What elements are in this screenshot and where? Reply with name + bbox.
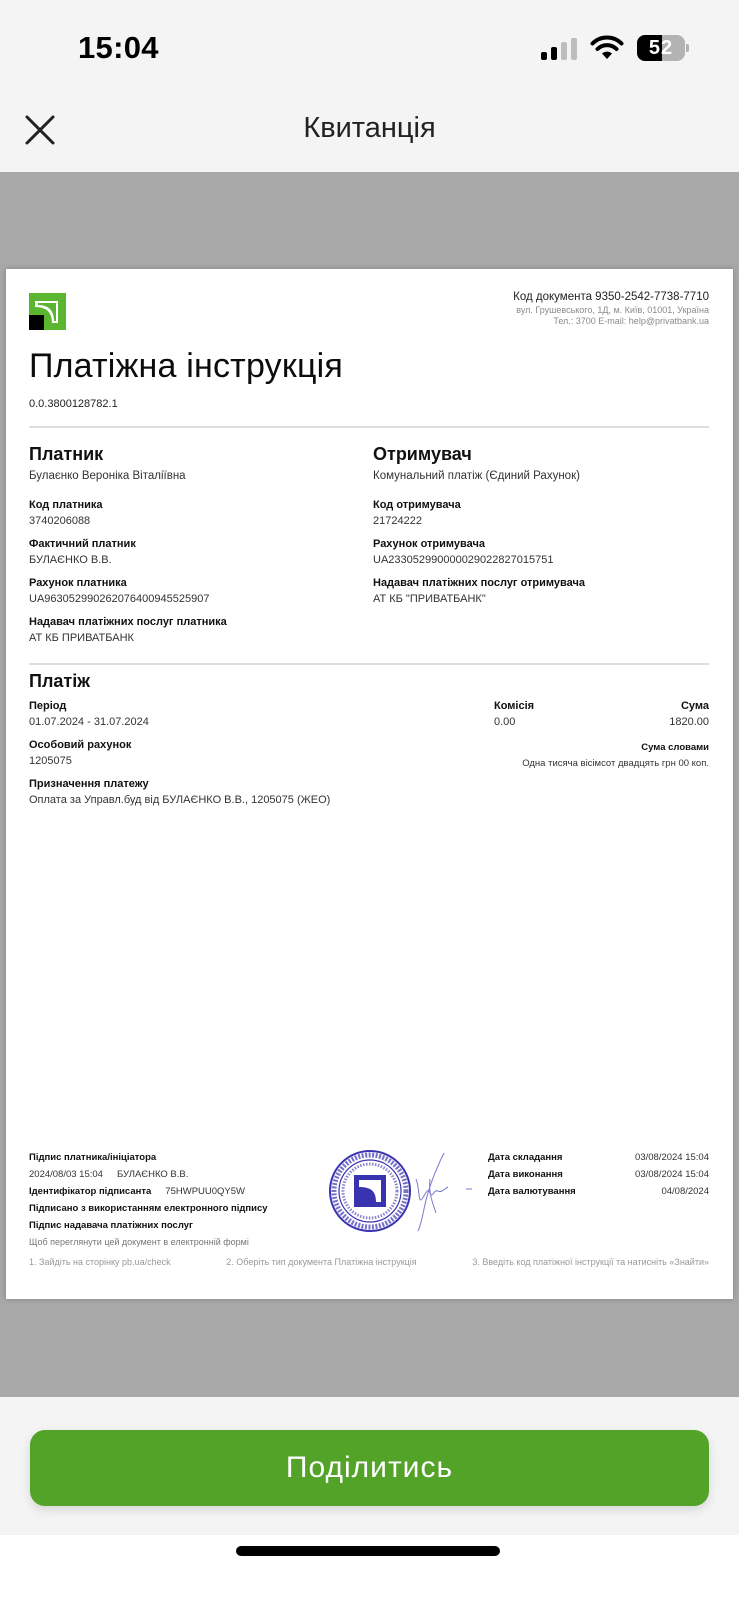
recipient-name: Комунальний платіж (Єдиний Рахунок) bbox=[373, 470, 703, 482]
payment-details: Період 01.07.2024 - 31.07.2024 Особовий … bbox=[29, 699, 449, 816]
recipient-field: Надавач платіжних послуг отримувача АТ К… bbox=[373, 576, 703, 607]
date-label: Дата складання bbox=[488, 1149, 562, 1166]
howto-step: 1. Зайдіть на сторінку pb.ua/check bbox=[29, 1257, 171, 1267]
field-value: UA963052990262076400945525907 bbox=[29, 591, 359, 607]
field-label: Фактичний платник bbox=[29, 537, 359, 552]
home-indicator[interactable] bbox=[236, 1546, 500, 1556]
payment-heading: Платіж bbox=[29, 671, 90, 692]
fee-field: Комісія 0.00 bbox=[494, 699, 534, 730]
personal-account-field: Особовий рахунок 1205075 bbox=[29, 738, 449, 769]
document-code: Код документа 9350-2542-7738-7710 bbox=[513, 291, 709, 303]
signature-name: БУЛАЄНКО В.В. bbox=[117, 1169, 188, 1180]
field-value: UA233052990000029022827015751 bbox=[373, 552, 703, 568]
field-label: Сума словами bbox=[522, 741, 709, 755]
bank-stamp-icon bbox=[328, 1149, 412, 1233]
signer-id-label: Ідентифікатор підписанта bbox=[29, 1186, 151, 1197]
payer-heading: Платник bbox=[29, 444, 359, 465]
signature-datetime: 2024/08/03 15:04 bbox=[29, 1169, 103, 1180]
payer-section: Платник Булаєнко Вероніка Віталіївна Код… bbox=[29, 444, 359, 654]
dates-block: Дата складання 03/08/2024 15:04 Дата вик… bbox=[488, 1149, 709, 1200]
cellular-signal-icon bbox=[541, 38, 577, 60]
handwritten-signature-icon bbox=[406, 1149, 476, 1233]
sum-field: Сума 1820.00 bbox=[669, 699, 709, 730]
signer-id-row: Ідентифікатор підписанта75HWPUU0QY5W bbox=[29, 1183, 329, 1200]
recipient-section: Отримувач Комунальний платіж (Єдиний Рах… bbox=[373, 444, 703, 615]
field-label: Період bbox=[29, 699, 449, 714]
field-label: Сума bbox=[669, 699, 709, 714]
date-label: Дата виконання bbox=[488, 1166, 563, 1183]
date-label: Дата валютування bbox=[488, 1183, 576, 1200]
battery-percent: 52 bbox=[637, 35, 685, 61]
wifi-icon bbox=[590, 35, 624, 61]
field-label: Код отримувача bbox=[373, 498, 703, 513]
payer-field: Рахунок платника UA963052990262076400945… bbox=[29, 576, 359, 607]
page-title: Квитанція bbox=[0, 112, 739, 145]
field-value: 01.07.2024 - 31.07.2024 bbox=[29, 714, 449, 730]
payer-name: Булаєнко Вероніка Віталіївна bbox=[29, 470, 359, 482]
document-viewer[interactable]: Код документа 9350-2542-7738-7710 вул. Г… bbox=[0, 172, 739, 1397]
recipient-field: Рахунок отримувача UA2330529900000290228… bbox=[373, 537, 703, 568]
document-title: Платіжна інструкція bbox=[29, 347, 343, 386]
howto-step: 2. Оберіть тип документа Платіжна інстру… bbox=[226, 1257, 416, 1267]
payer-field: Надавач платіжних послуг платника АТ КБ … bbox=[29, 615, 359, 646]
payer-field: Фактичний платник БУЛАЄНКО В.В. bbox=[29, 537, 359, 568]
contact-line: Тел.: 3700 E-mail: help@privatbank.ua bbox=[516, 316, 709, 327]
field-value: 0.00 bbox=[494, 714, 534, 730]
purpose-field: Призначення платежу Оплата за Управл.буд… bbox=[29, 777, 449, 808]
recipient-field: Код отримувача 21724222 bbox=[373, 498, 703, 529]
howto-title: Щоб переглянути цей документ в електронн… bbox=[29, 1237, 249, 1247]
field-label: Надавач платіжних послуг платника bbox=[29, 615, 359, 630]
nav-header: Квитанція bbox=[0, 96, 739, 172]
date-row: Дата складання 03/08/2024 15:04 bbox=[488, 1149, 709, 1166]
battery-icon: 52 bbox=[637, 35, 689, 61]
field-value: Одна тисяча вісімсот двадцять грн 00 коп… bbox=[522, 755, 709, 773]
field-value: 1820.00 bbox=[669, 714, 709, 730]
date-value: 03/08/2024 15:04 bbox=[635, 1149, 709, 1166]
document-number: 0.0.3800128782.1 bbox=[29, 398, 118, 410]
home-indicator-area bbox=[0, 1535, 739, 1600]
field-value: БУЛАЄНКО В.В. bbox=[29, 552, 359, 568]
recipient-heading: Отримувач bbox=[373, 444, 703, 465]
field-label: Призначення платежу bbox=[29, 777, 449, 792]
field-label: Рахунок платника bbox=[29, 576, 359, 591]
divider bbox=[29, 426, 709, 428]
field-label: Рахунок отримувача bbox=[373, 537, 703, 552]
field-label: Надавач платіжних послуг отримувача bbox=[373, 576, 703, 591]
payer-field: Код платника 3740206088 bbox=[29, 498, 359, 529]
period-field: Період 01.07.2024 - 31.07.2024 bbox=[29, 699, 449, 730]
signature-block: Підпис платника/ініціатора 2024/08/03 15… bbox=[29, 1149, 329, 1234]
date-row: Дата виконання 03/08/2024 15:04 bbox=[488, 1166, 709, 1183]
field-value: АТ КБ ПРИВАТБАНК bbox=[29, 630, 359, 646]
bottom-action-bar: Поділитись bbox=[0, 1397, 739, 1535]
howto-steps: 1. Зайдіть на сторінку pb.ua/check 2. Об… bbox=[29, 1257, 709, 1267]
payer-signature-info: 2024/08/03 15:04БУЛАЄНКО В.В. bbox=[29, 1166, 329, 1183]
date-row: Дата валютування 04/08/2024 bbox=[488, 1183, 709, 1200]
status-bar: 15:04 52 bbox=[0, 0, 739, 96]
signer-id-value: 75HWPUU0QY5W bbox=[165, 1186, 245, 1197]
divider bbox=[29, 663, 709, 665]
provider-signature-label: Підпис надавача платіжних послуг bbox=[29, 1217, 329, 1234]
field-value: 1205075 bbox=[29, 753, 449, 769]
field-label: Код платника bbox=[29, 498, 359, 513]
field-label: Особовий рахунок bbox=[29, 738, 449, 753]
field-value: 3740206088 bbox=[29, 513, 359, 529]
howto-step: 3. Введіть код платіжної інструкції та н… bbox=[472, 1257, 709, 1267]
sum-in-words: Сума словами Одна тисяча вісімсот двадця… bbox=[522, 741, 709, 773]
payer-signature-label: Підпис платника/ініціатора bbox=[29, 1149, 329, 1166]
bank-address: вул. Грушевського, 1Д, м. Київ, 01001, У… bbox=[516, 305, 709, 327]
date-value: 04/08/2024 bbox=[661, 1183, 709, 1200]
receipt-document: Код документа 9350-2542-7738-7710 вул. Г… bbox=[6, 269, 733, 1299]
privatbank-logo bbox=[29, 293, 66, 330]
field-label: Комісія bbox=[494, 699, 534, 714]
field-value: Оплата за Управл.буд від БУЛАЄНКО В.В., … bbox=[29, 792, 449, 808]
field-value: АТ КБ "ПРИВАТБАНК" bbox=[373, 591, 703, 607]
share-button[interactable]: Поділитись bbox=[30, 1430, 709, 1506]
address-line: вул. Грушевського, 1Д, м. Київ, 01001, У… bbox=[516, 305, 709, 316]
status-time: 15:04 bbox=[78, 30, 159, 66]
date-value: 03/08/2024 15:04 bbox=[635, 1166, 709, 1183]
esign-note: Підписано з використанням електронного п… bbox=[29, 1200, 329, 1217]
field-value: 21724222 bbox=[373, 513, 703, 529]
